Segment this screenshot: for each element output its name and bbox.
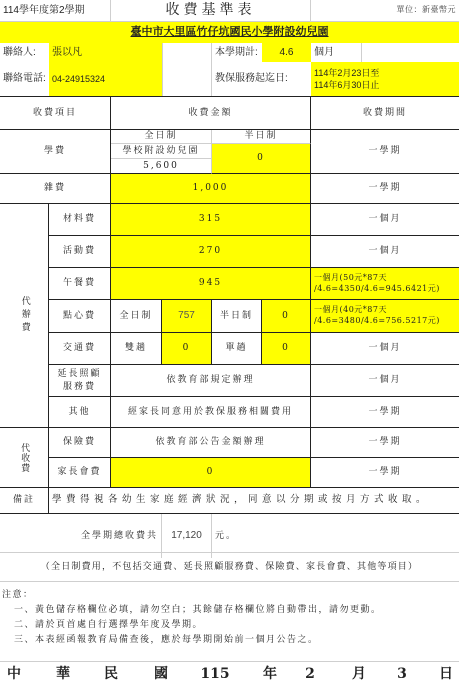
agency-fee-group-text: 代辦費 [17, 296, 31, 335]
col-header-period: 收費期間 [311, 96, 459, 130]
activity-fee-period: 一個月 [311, 236, 459, 268]
agency-fee-group-label: 代辦費 [0, 204, 49, 428]
empty-cell [162, 62, 212, 96]
months-field[interactable]: 4.6 [262, 43, 311, 62]
date-char-4: 國 [147, 662, 175, 686]
school-name[interactable]: 臺中市大里區竹仔坑國民小學附設幼兒園 [0, 22, 459, 43]
transport-fee-label: 交通費 [49, 333, 111, 365]
snack-half-day-label: 半日制 [212, 300, 262, 333]
lunch-period-line2: /4.6=4350/4.6=945.6421元) [314, 284, 440, 295]
extended-care-label: 延長照顧 服務費 [49, 365, 111, 397]
date-day-label: 日 [433, 662, 459, 686]
material-fee-period: 一個月 [311, 204, 459, 236]
snack-fee-period-field[interactable]: 一個月(40元*87天 /4.6=3480/4.6=756.5217元) [311, 300, 459, 333]
tuition-full-day-type: 學校附設幼兒園 [111, 144, 212, 159]
months-label: 本學期計: [212, 43, 262, 62]
date-month-field[interactable]: 2 [296, 662, 324, 686]
transport-round-label: 雙趟 [111, 333, 162, 365]
lunch-fee-label: 午餐費 [49, 268, 111, 300]
other-fee-value: 經家長同意用於教保服務相關費用 [111, 397, 311, 428]
term-selector[interactable]: 114學年度第2學期 [0, 0, 111, 22]
snack-fee-label: 點心費 [49, 300, 111, 333]
extended-care-label-line1: 延長照顧 [57, 368, 101, 380]
tuition-label: 學費 [0, 130, 111, 174]
misc-fee-label: 雜費 [0, 174, 111, 204]
transport-fee-period: 一個月 [311, 333, 459, 365]
parent-assoc-fee-label: 家長會費 [49, 458, 111, 488]
activity-fee-label: 活動費 [49, 236, 111, 268]
service-period-label: 教保服務起迄日: [212, 62, 311, 96]
other-fee-period: 一學期 [311, 397, 459, 428]
snack-full-day-field[interactable]: 757 [162, 300, 212, 333]
tuition-full-day-label: 全日制 [111, 130, 212, 144]
tuition-period: 一學期 [311, 130, 459, 174]
snack-full-day-label: 全日制 [111, 300, 162, 333]
collect-fee-group-label: 代收費 [0, 428, 49, 488]
collect-fee-group-text: 代收費 [18, 443, 30, 473]
material-fee-label: 材料費 [49, 204, 111, 236]
service-period-field[interactable]: 114年2月23日至 114年6月30日止 [311, 62, 459, 96]
material-fee-field[interactable]: 315 [111, 204, 311, 236]
col-header-item: 收費項目 [0, 96, 111, 130]
insurance-fee-label: 保險費 [49, 428, 111, 458]
empty-cell [362, 43, 459, 62]
lunch-period-line1: 一個月(50元*87天 [314, 273, 387, 284]
contact-phone-label: 聯絡電話: [0, 62, 49, 96]
col-header-amount: 收費金額 [111, 96, 311, 130]
transport-round-field[interactable]: 0 [162, 333, 212, 365]
misc-fee-field[interactable]: 1,000 [111, 174, 311, 204]
misc-fee-period: 一學期 [311, 174, 459, 204]
other-fee-label: 其他 [49, 397, 111, 428]
extended-care-period: 一個月 [311, 365, 459, 397]
months-unit: 個月 [311, 43, 362, 62]
lunch-fee-field[interactable]: 945 [111, 268, 311, 300]
extended-care-value: 依教育部規定辦理 [111, 365, 311, 397]
date-year-label: 年 [256, 662, 284, 686]
date-char-3: 民 [97, 662, 125, 686]
exclusion-note: （全日制費用，不包括交通費、延長照顧服務費、保險費、家長會費、其他等項目） [0, 552, 459, 582]
notes-section: 注意： 一、黃色儲存格欄位必填，請勿空白；其餘儲存格欄位將自動帶出，請勿更動。 … [2, 588, 382, 648]
transport-single-field[interactable]: 0 [262, 333, 311, 365]
date-char-1: 中 [0, 662, 28, 686]
transport-single-label: 單趟 [212, 333, 262, 365]
parent-assoc-fee-field[interactable]: 0 [111, 458, 311, 488]
snack-half-day-field[interactable]: 0 [262, 300, 311, 333]
insurance-fee-period: 一學期 [311, 428, 459, 458]
period-end: 114年6月30日止 [314, 79, 379, 91]
contact-phone-field[interactable]: 04-24915324 [49, 62, 162, 96]
notes-title: 注意： [2, 588, 382, 603]
note-item: 一、黃色儲存格欄位必填，請勿空白；其餘儲存格欄位將自動帶出，請勿更動。 [2, 603, 382, 618]
tuition-full-day-value: 5,600 [111, 159, 212, 174]
contact-person-field[interactable]: 張以凡 [49, 43, 162, 62]
snack-period-line1: 一個月(40元*87天 [314, 305, 387, 316]
date-year-field[interactable]: 115 [190, 662, 240, 686]
parent-assoc-fee-period: 一學期 [311, 458, 459, 488]
empty-cell [162, 43, 212, 62]
remark-text: 學費得視各幼生家庭經濟狀況，同意以分期或按月方式收取。 [49, 488, 459, 514]
date-month-label: 月 [345, 662, 373, 686]
period-start: 114年2月23日至 [314, 67, 379, 79]
contact-person-label: 聯絡人: [0, 43, 49, 62]
tuition-half-day-field[interactable]: 0 [212, 144, 311, 174]
snack-period-line2: /4.6=3480/4.6=756.5217元) [314, 316, 440, 327]
note-item: 二、請於頁首處自行選擇學年度及學期。 [2, 618, 382, 633]
lunch-fee-period-field[interactable]: 一個月(50元*87天 /4.6=4350/4.6=945.6421元) [311, 268, 459, 300]
activity-fee-field[interactable]: 270 [111, 236, 311, 268]
date-char-2: 華 [49, 662, 77, 686]
note-item: 三、本表經函報教育局備查後，應於每學期開始前一個月公告之。 [2, 633, 382, 648]
insurance-fee-value: 依教育部公告金額辦理 [111, 428, 311, 458]
remark-label: 備註 [0, 488, 49, 514]
tuition-half-day-label: 半日制 [212, 130, 311, 144]
currency-unit: 單位：新臺幣元 [311, 0, 459, 22]
date-day-field[interactable]: 3 [388, 662, 416, 686]
extended-care-label-line2: 服務費 [63, 381, 96, 393]
page-title: 收費基準表 [111, 0, 311, 22]
